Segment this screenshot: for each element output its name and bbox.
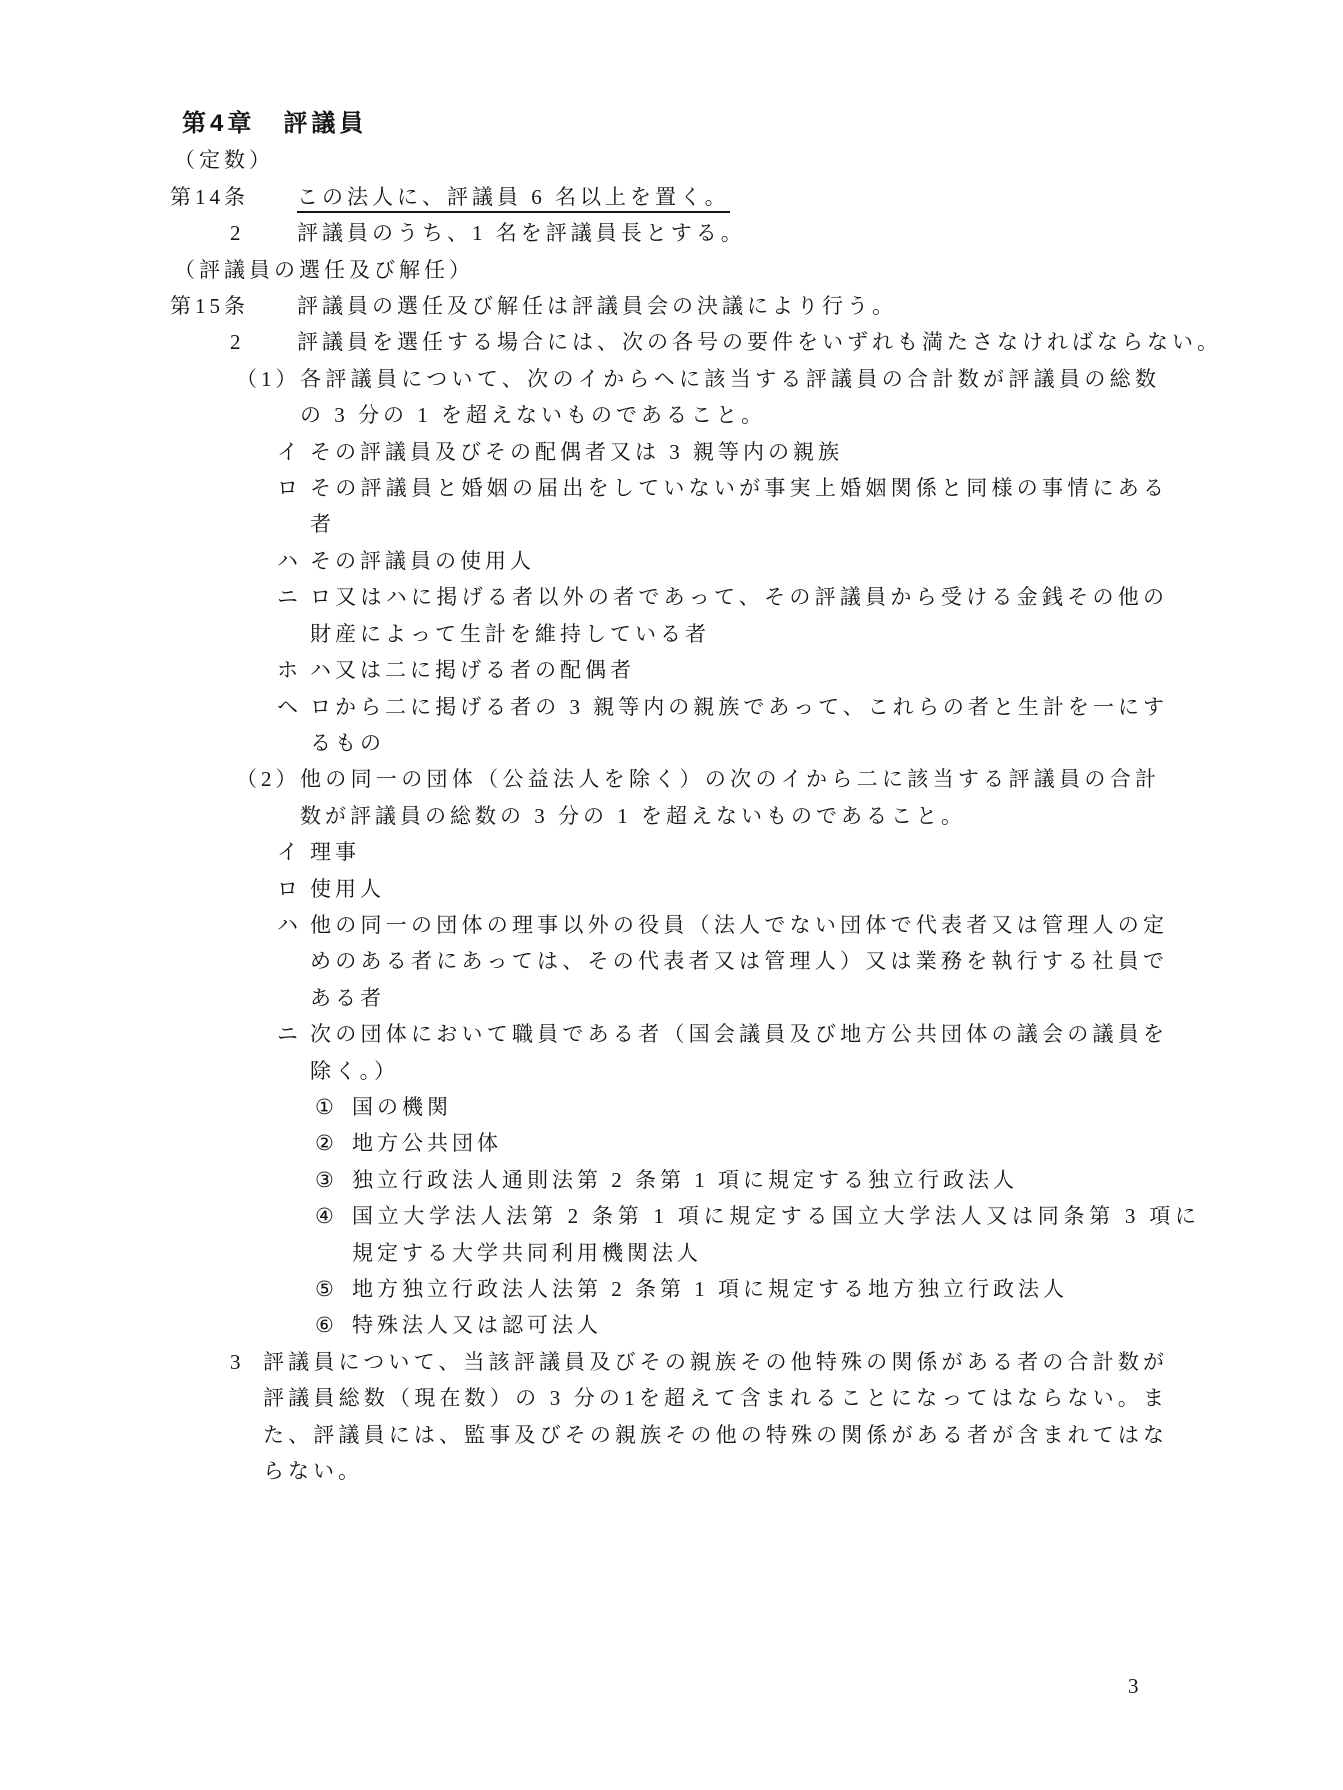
org-text: 地方公共団体 <box>352 1125 1200 1161</box>
paragraph-text: 評議員のうち、1 名を評議員長とする。 <box>297 215 746 251</box>
subitem-text: ロから二に掲げる者の 3 親等内の親族であって、これらの者と生計を一にするもの <box>310 689 1168 762</box>
article-15-row: 第15条 評議員の選任及び解任は評議員会の決議により行う。 <box>0 288 1343 324</box>
subitem-row: ニ 次の団体において職員である者（国会議員及び地方公共団体の議会の議員を除く。） <box>0 1016 1343 1089</box>
article-14-paragraph-2: 2 評議員のうち、1 名を評議員長とする。 <box>0 215 1343 251</box>
subitem-row: ロ その評議員と婚姻の届出をしていないが事実上婚姻関係と同様の事情にある者 <box>0 470 1343 543</box>
item-text: 各評議員について、次のイからヘに該当する評議員の合計数が評議員の総数の 3 分の… <box>300 361 1160 434</box>
circled-number-1: ① <box>315 1089 352 1125</box>
subitem-text: その評議員の使用人 <box>310 543 1168 579</box>
paragraph-number: 2 <box>230 215 297 251</box>
circled-number-4: ④ <box>315 1198 352 1234</box>
subitem-marker: ニ <box>277 579 310 615</box>
paragraph-number: 2 <box>230 324 297 360</box>
section-caption-sennin: （評議員の選任及び解任） <box>174 252 1343 288</box>
page-number: 3 <box>1128 1668 1143 1704</box>
subitem-marker: ニ <box>277 1016 310 1052</box>
article-15-paragraph-3: 3 評議員について、当該評議員及びその親族その他特殊の関係がある者の合計数が評議… <box>0 1344 1343 1490</box>
org-row: ③ 独立行政法人通則法第 2 条第 1 項に規定する独立行政法人 <box>0 1162 1343 1198</box>
item-text: 他の同一の団体（公益法人を除く）の次のイから二に該当する評議員の合計数が評議員の… <box>300 761 1160 834</box>
article-15-paragraph-2: 2 評議員を選任する場合には、次の各号の要件をいずれも満たさなければならない。 <box>0 324 1343 360</box>
article-number: 第15条 <box>170 288 297 324</box>
subitem-text: 次の団体において職員である者（国会議員及び地方公共団体の議会の議員を除く。） <box>310 1016 1168 1089</box>
subitem-row: ハ 他の同一の団体の理事以外の役員（法人でない団体で代表者又は管理人の定めのある… <box>0 907 1343 1016</box>
subitem-row: イ 理事 <box>0 834 1343 870</box>
subitem-marker: ロ <box>277 470 310 506</box>
article-text: 評議員の選任及び解任は評議員会の決議により行う。 <box>297 288 897 324</box>
chapter-heading: 第4章 評議員 <box>182 106 1343 142</box>
paragraph-text: 評議員について、当該評議員及びその親族その他特殊の関係がある者の合計数が評議員総… <box>263 1344 1168 1490</box>
subitem-text: ハ又は二に掲げる者の配偶者 <box>310 652 1168 688</box>
subitem-marker: ハ <box>277 907 310 943</box>
circled-number-3: ③ <box>315 1162 352 1198</box>
org-row: ⑥ 特殊法人又は認可法人 <box>0 1307 1343 1343</box>
org-row: ④ 国立大学法人法第 2 条第 1 項に規定する国立大学法人又は同条第 3 項に… <box>0 1198 1343 1271</box>
org-text: 国立大学法人法第 2 条第 1 項に規定する国立大学法人又は同条第 3 項に規定… <box>352 1198 1200 1271</box>
subitem-marker: ハ <box>277 543 310 579</box>
article-14-row: 第14条 この法人に、評議員 6 名以上を置く。 <box>0 179 1343 215</box>
subitem-text: その評議員及びその配偶者又は 3 親等内の親族 <box>310 434 1168 470</box>
document-content: 第4章 評議員 （定数） 第14条 この法人に、評議員 6 名以上を置く。 2 … <box>0 0 1343 1489</box>
paragraph-text: 評議員を選任する場合には、次の各号の要件をいずれも満たさなければならない。 <box>297 324 1222 360</box>
underlined-text: この法人に、評議員 6 名以上を置く。 <box>297 185 730 213</box>
item-2-row: （2） 他の同一の団体（公益法人を除く）の次のイから二に該当する評議員の合計数が… <box>0 761 1343 834</box>
subitem-text: 使用人 <box>310 871 1168 907</box>
org-text: 地方独立行政法人法第 2 条第 1 項に規定する地方独立行政法人 <box>352 1271 1200 1307</box>
subitem-text: 理事 <box>310 834 1168 870</box>
org-text: 特殊法人又は認可法人 <box>352 1307 1200 1343</box>
section-caption-teisu: （定数） <box>174 142 1343 178</box>
item-1-row: （1） 各評議員について、次のイからヘに該当する評議員の合計数が評議員の総数の … <box>0 361 1343 434</box>
subitem-marker: イ <box>277 434 310 470</box>
subitem-text: その評議員と婚姻の届出をしていないが事実上婚姻関係と同様の事情にある者 <box>310 470 1168 543</box>
subitem-row: ロ 使用人 <box>0 871 1343 907</box>
subitem-text: 他の同一の団体の理事以外の役員（法人でない団体で代表者又は管理人の定めのある者に… <box>310 907 1168 1016</box>
org-text: 国の機関 <box>352 1089 1200 1125</box>
circled-number-5: ⑤ <box>315 1271 352 1307</box>
article-number: 第14条 <box>170 179 297 215</box>
subitem-text: ロ又はハに掲げる者以外の者であって、その評議員から受ける金銭その他の財産によって… <box>310 579 1168 652</box>
org-row: ① 国の機関 <box>0 1089 1343 1125</box>
item-number: （1） <box>236 361 300 397</box>
article-text: この法人に、評議員 6 名以上を置く。 <box>297 179 730 215</box>
subitem-row: ホ ハ又は二に掲げる者の配偶者 <box>0 652 1343 688</box>
subitem-row: ニ ロ又はハに掲げる者以外の者であって、その評議員から受ける金銭その他の財産によ… <box>0 579 1343 652</box>
circled-number-6: ⑥ <box>315 1307 352 1343</box>
subitem-marker: イ <box>277 834 310 870</box>
subitem-marker: ロ <box>277 871 310 907</box>
paragraph-number: 3 <box>230 1344 263 1380</box>
org-text: 独立行政法人通則法第 2 条第 1 項に規定する独立行政法人 <box>352 1162 1200 1198</box>
document-page: 第4章 評議員 （定数） 第14条 この法人に、評議員 6 名以上を置く。 2 … <box>0 0 1343 1790</box>
item-number: （2） <box>236 761 300 797</box>
subitem-row: ハ その評議員の使用人 <box>0 543 1343 579</box>
subitem-row: ヘ ロから二に掲げる者の 3 親等内の親族であって、これらの者と生計を一にするも… <box>0 689 1343 762</box>
org-row: ② 地方公共団体 <box>0 1125 1343 1161</box>
org-row: ⑤ 地方独立行政法人法第 2 条第 1 項に規定する地方独立行政法人 <box>0 1271 1343 1307</box>
circled-number-2: ② <box>315 1125 352 1161</box>
subitem-row: イ その評議員及びその配偶者又は 3 親等内の親族 <box>0 434 1343 470</box>
subitem-marker: ヘ <box>277 689 310 725</box>
subitem-marker: ホ <box>277 652 310 688</box>
